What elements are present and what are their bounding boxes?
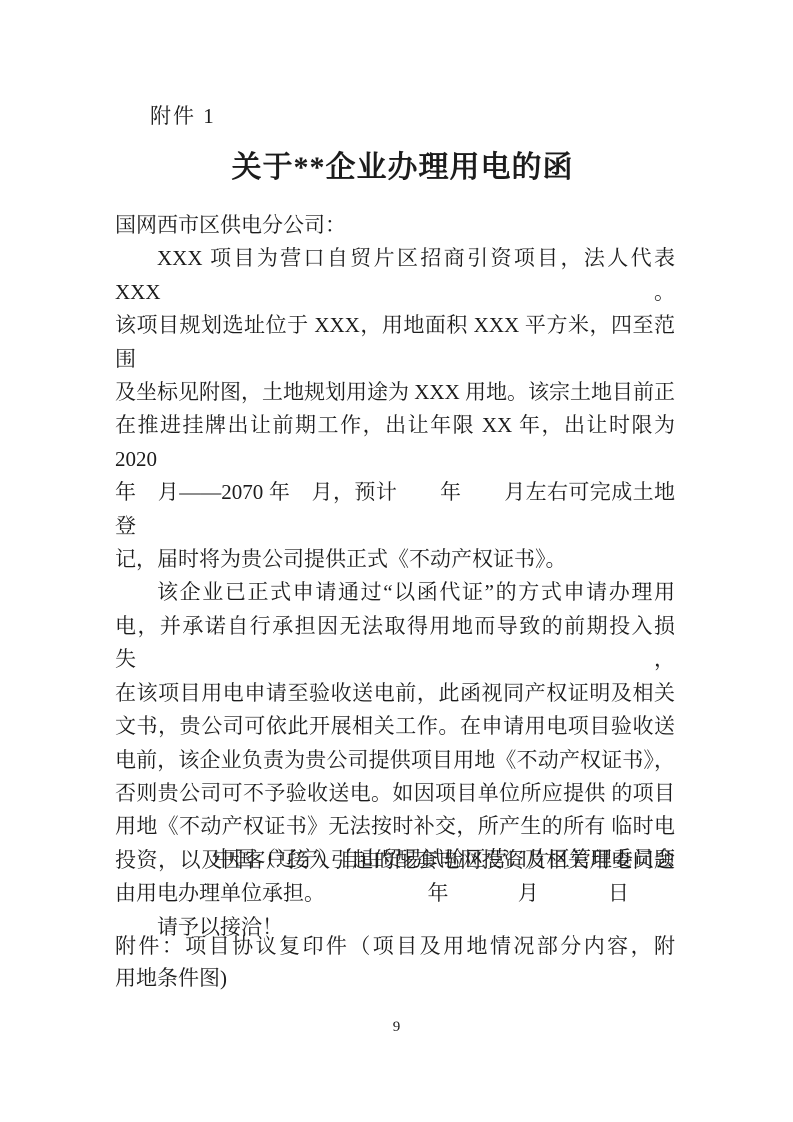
signature-date-line: 年 月 日 [115,877,675,907]
body-line: 在该项目用电申请至验收送电前，此函视同产权证明及相关 [115,677,675,710]
body-line: 该项目规划选址位于 XXX，用地面积 XXX 平方米，四至范围 [115,309,675,376]
body-line: 否则贵公司可不予验收送电。如因项目单位所应提供 的项目 [115,777,675,810]
letter-body: 国网西市区供电分公司： XXX 项目为营口自贸片区招商引资项目，法人代表 XXX… [115,209,675,944]
document-title: 关于**企业办理用电的函 [115,142,690,186]
body-line: 电前，该企业负责为贵公司提供项目用地《不动产权证书》， [115,744,675,777]
attachment-note-line: 附件：项目协议复印件（项目及用地情况部分内容，附 [115,931,675,963]
date-day-label: 日 [608,881,629,905]
body-line: 用地《不动产权证书》无法按时补交，所产生的所有 临时电 [115,810,675,843]
attachment-label: 附件 1 [150,100,216,130]
body-line: 及坐标见附图，土地规划用途为 XXX 用地。该宗土地目前正 [115,376,675,409]
attachment-note-line: 用地条件图) [115,963,675,995]
body-line: 该企业已正式申请通过“以函代证”的方式申请办理用 [115,576,675,609]
body-line: 记，届时将为贵公司提供正式《不动产权证书》。 [115,543,675,576]
body-line: XXX 项目为营口自贸片区招商引资项目，法人代表 XXX。 [115,242,675,309]
salutation: 国网西市区供电分公司： [115,209,675,242]
signature-organization: 中国（辽宁）自由贸易试验区营口片区管理委员会 [115,843,675,873]
body-line: 电，并承诺自行承担因无法取得用地而导致的前期投入损失， [115,610,675,677]
date-month-label: 月 [518,881,539,905]
body-line: 年 月——2070 年 月，预计 年 月左右可完成土地登 [115,476,675,543]
date-year-label: 年 [428,881,449,905]
body-line: 在推进挂牌出让前期工作，出让年限 XX 年，出让时限为 2020 [115,409,675,476]
attachment-note: 附件：项目协议复印件（项目及用地情况部分内容，附 用地条件图) [115,931,675,994]
page-number: 9 [0,1019,793,1036]
document-page: 附件 1 关于**企业办理用电的函 国网西市区供电分公司： XXX 项目为营口自… [0,0,793,1122]
body-line: 文书，贵公司可依此开展相关工作。在申请用电项目验收送 [115,710,675,743]
